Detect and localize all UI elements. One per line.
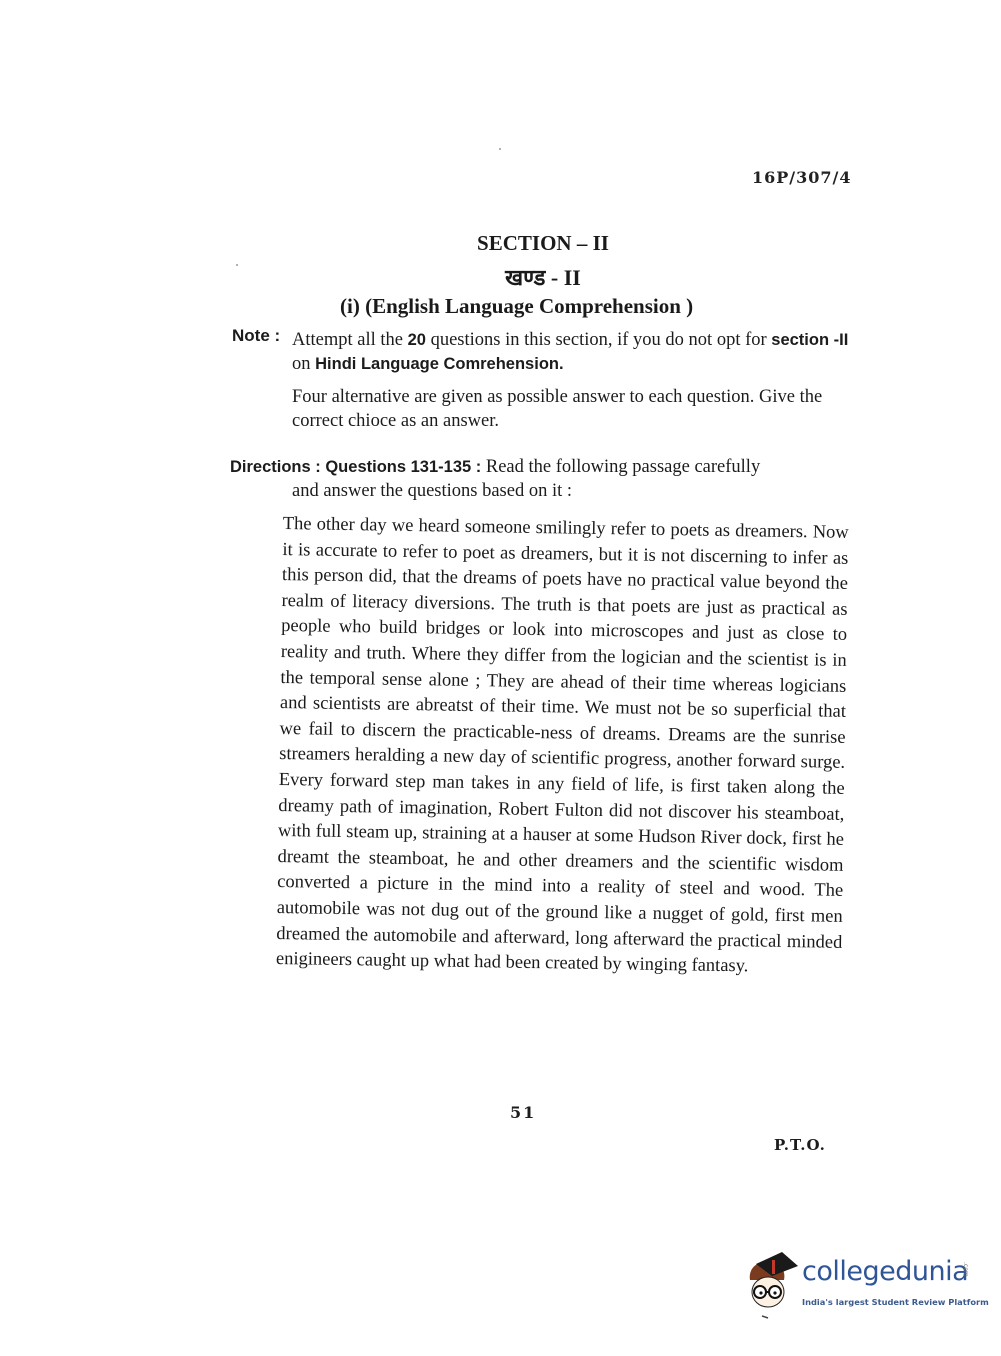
comprehension-passage: The other day we heard someone smilingly… bbox=[276, 512, 849, 982]
note-body: Attempt all the 20 questions in this sec… bbox=[292, 328, 854, 442]
directions-label: Directions : Questions 131-135 : bbox=[230, 458, 481, 476]
collegedunia-watermark: collegedunia .com India's largest Studen… bbox=[742, 1250, 982, 1320]
section-title: SECTION – II bbox=[0, 231, 1001, 256]
brand-name: collegedunia bbox=[802, 1256, 968, 1287]
page-number: 51 bbox=[510, 1103, 536, 1122]
section-hindi-title: खण्ड - II bbox=[0, 262, 1001, 292]
paper-code: 16P/307/4 bbox=[752, 168, 852, 187]
pto-label: P.T.O. bbox=[774, 1136, 826, 1154]
note-paragraph-2: Four alternative are given as possible a… bbox=[292, 385, 854, 433]
brand-tagline: India's largest Student Review Platform bbox=[802, 1297, 989, 1307]
question-count: 20 bbox=[408, 331, 426, 349]
note-paragraph-1: Attempt all the 20 questions in this sec… bbox=[292, 328, 854, 376]
section-subtitle: (i) (English Language Comprehension ) bbox=[340, 294, 693, 319]
note-label: Note : bbox=[232, 326, 280, 346]
scan-speck bbox=[499, 148, 501, 150]
hindi-reference: Hindi Language Comrehension. bbox=[315, 355, 563, 373]
mascot-icon bbox=[742, 1250, 800, 1320]
directions: Directions : Questions 131-135 : Read th… bbox=[230, 455, 855, 503]
scan-speck bbox=[236, 264, 238, 266]
brand-domain: .com bbox=[962, 1262, 969, 1277]
section-reference: section -II bbox=[771, 331, 848, 349]
